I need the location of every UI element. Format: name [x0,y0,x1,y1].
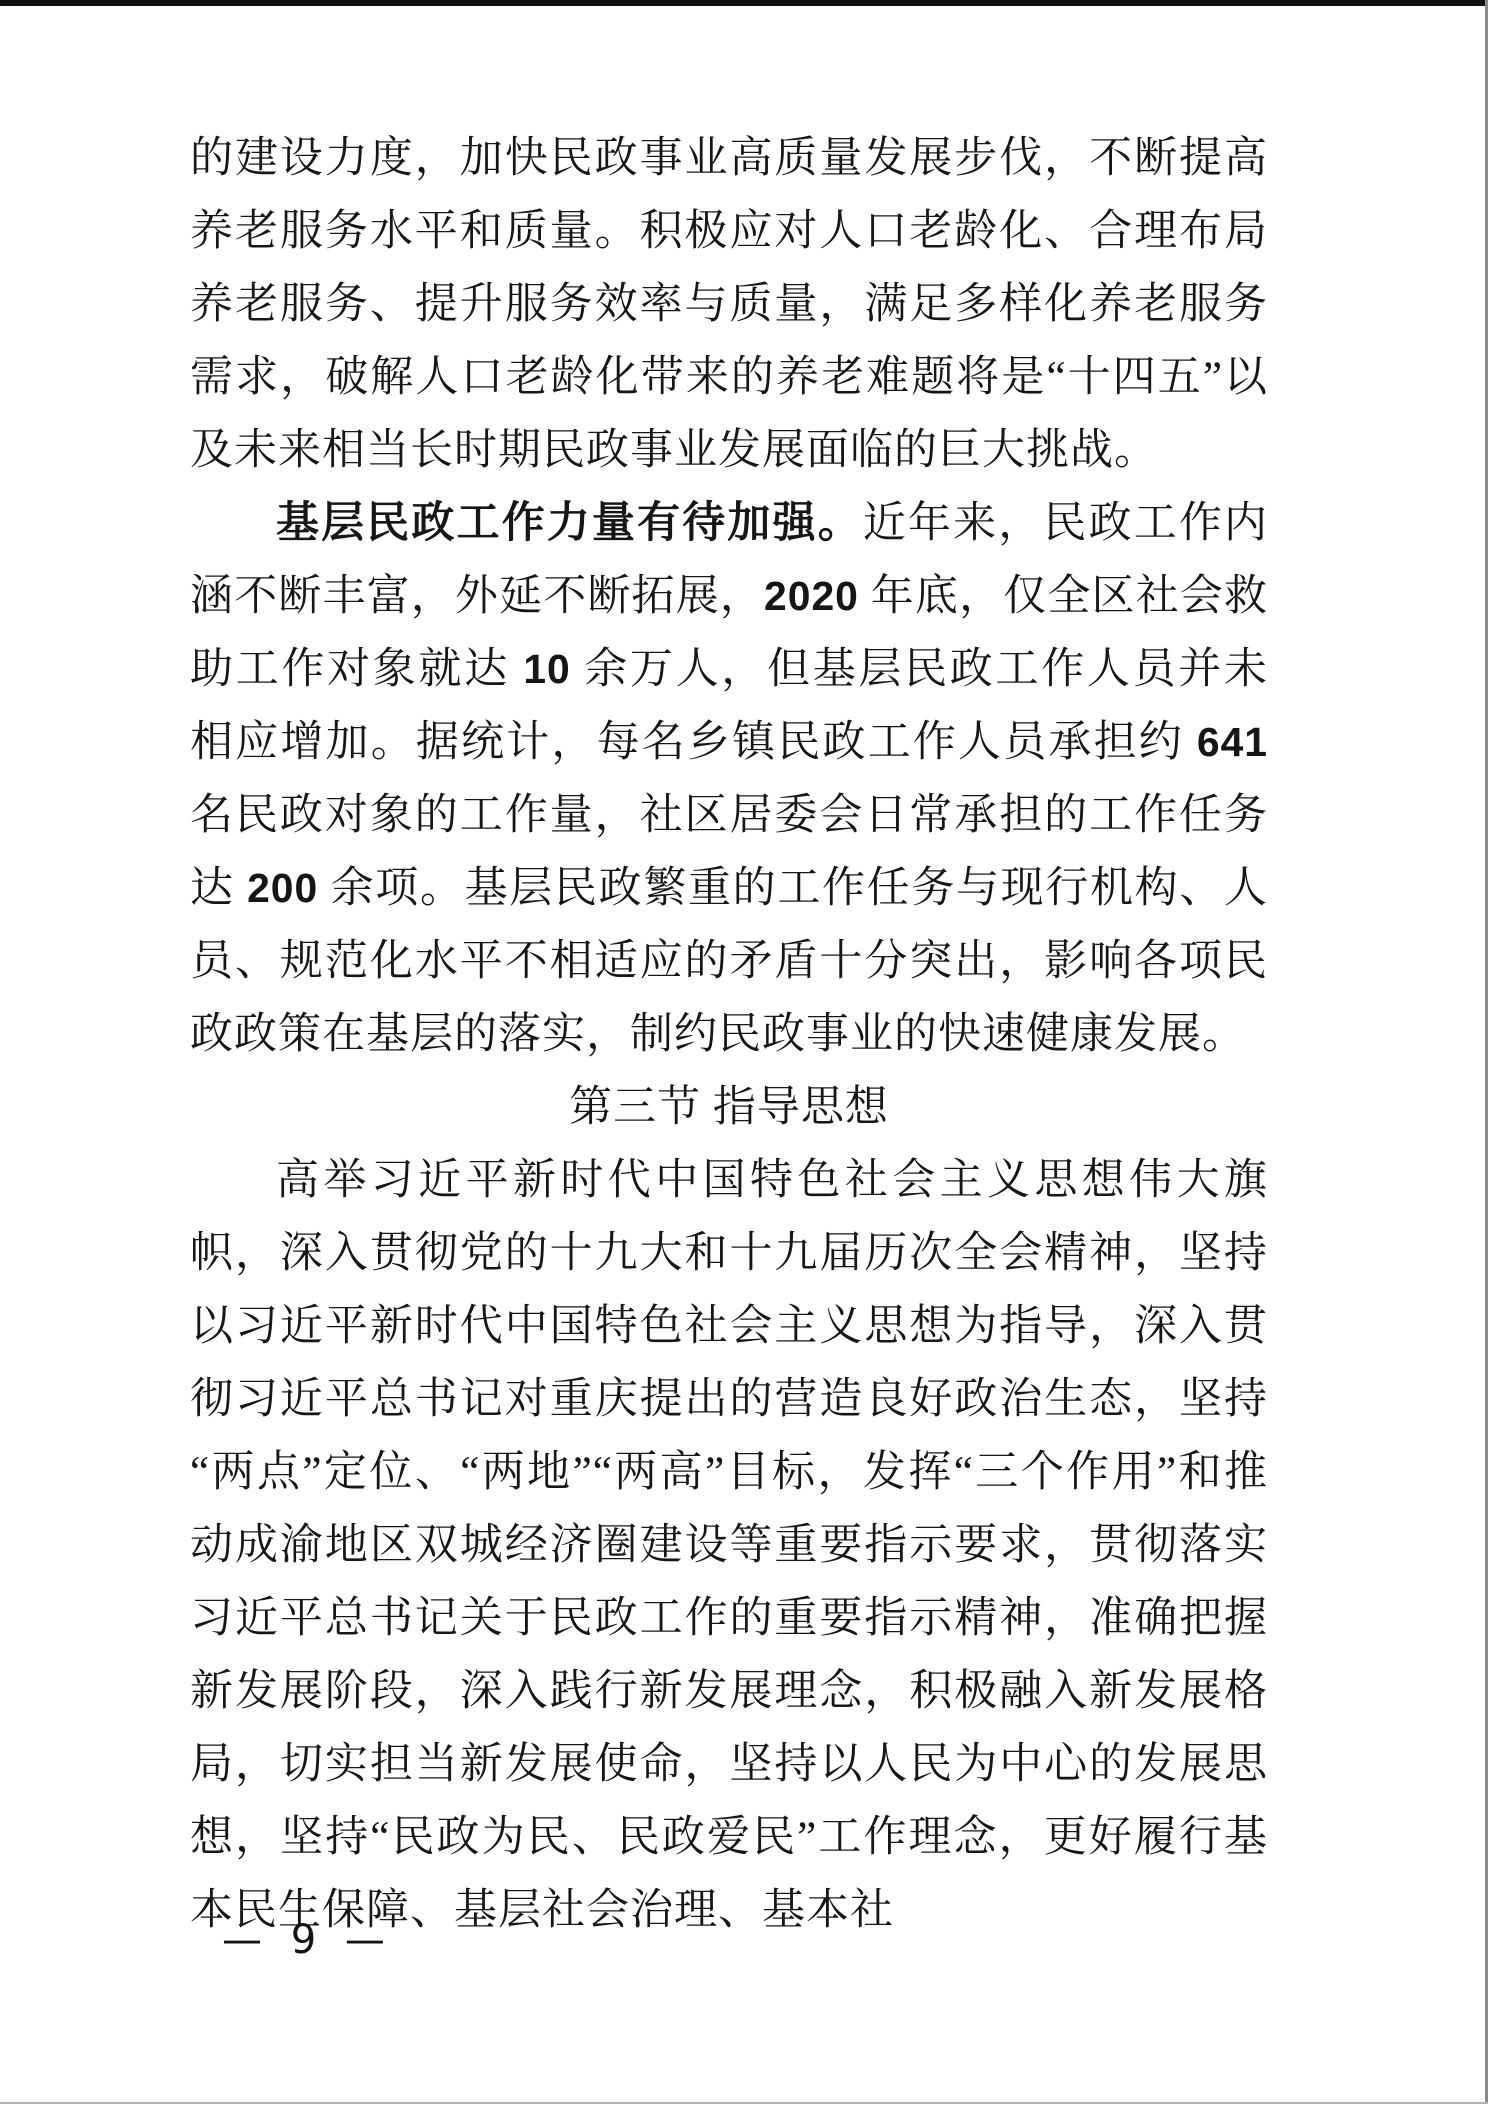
section-heading: 第三节 指导思想 [190,1071,1268,1144]
document-page: 的建设力度，加快民政事业高质量发展步伐，不断提高养老服务水平和质量。积极应对人口… [0,0,1488,2104]
paragraph-grassroots: 基层民政工作力量有待加强。近年来，民政工作内涵不断丰富，外延不断拓展，2020 … [190,487,1268,1071]
paragraph-guiding-ideology: 高举习近平新时代中国特色社会主义思想伟大旗帜，深入贯彻党的十九大和十九届历次全会… [190,1144,1268,1947]
paragraph-grassroots-lead: 基层民政工作力量有待加强。 [276,499,863,547]
page-number: — 9 — [222,1916,393,1964]
page-body: 的建设力度，加快民政事业高质量发展步伐，不断提高养老服务水平和质量。积极应对人口… [190,122,1268,1947]
page-top-edge [0,0,1488,6]
paragraph-grassroots-body: 近年来，民政工作内涵不断丰富，外延不断拓展，2020 年底，仅全区社会救助工作对… [190,500,1268,1058]
paragraph-aging-challenge: 的建设力度，加快民政事业高质量发展步伐，不断提高养老服务水平和质量。积极应对人口… [190,122,1268,487]
